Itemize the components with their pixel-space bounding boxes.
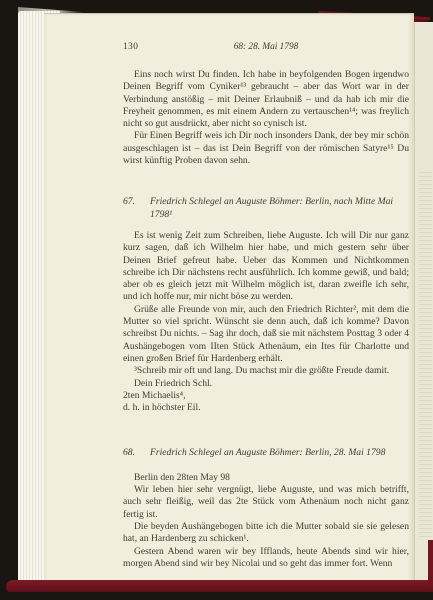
running-header: 68: 28. Mai 1798	[123, 41, 409, 53]
letter-67-paragraph-1: Es ist wenig Zeit zum Schreiben, liebe A…	[123, 230, 409, 304]
letter-68-dateline: Berlin den 28ten May 98	[123, 472, 409, 484]
letter-67-paragraph-3: ³Schreib mir oft und lang. Du machst mir…	[123, 365, 409, 377]
letter-68-heading: 68. Friedrich Schlegel an Auguste Böhmer…	[123, 447, 409, 459]
letter-67-title: Friedrich Schlegel an Auguste Böhmer: Be…	[150, 196, 409, 221]
book-cover-edge-bottom	[6, 580, 433, 592]
letter-67-signature: Dein Friedrich Schl.	[123, 378, 409, 390]
facing-page-edge	[414, 22, 433, 580]
intro-paragraph-2: Für Einen Begriff weis ich Dir noch inso…	[123, 130, 409, 167]
book-page: 130 68: 28. Mai 1798 Eins noch wirst Du …	[44, 13, 414, 585]
facing-page-text-bleed	[419, 172, 432, 540]
letter-68-title: Friedrich Schlegel an Auguste Böhmer: Be…	[150, 447, 385, 459]
letter-67-postscript-2: d. h. in höchster Eil.	[123, 402, 409, 414]
letter-67-paragraph-2: Grüße alle Freunde von mir, auch den Fri…	[123, 304, 409, 365]
letter-67-number: 67.	[123, 196, 150, 221]
letter-67-postscript-1: 2ten Michaelis⁴,	[123, 390, 409, 402]
letter-68-paragraph-1: Wir leben hier sehr vergnügt, liebe Augu…	[123, 484, 409, 521]
letter-68-number: 68.	[123, 447, 150, 459]
letter-68-paragraph-3: Gestern Abend waren wir bey Ifflands, he…	[123, 546, 409, 571]
book-cover-edge-right	[428, 540, 433, 586]
letter-68-paragraph-2: Die beyden Aushängebogen bitte ich die M…	[123, 521, 409, 546]
page-text-block: 130 68: 28. Mai 1798 Eins noch wirst Du …	[123, 41, 409, 570]
letter-67-heading: 67. Friedrich Schlegel an Auguste Böhmer…	[123, 196, 409, 221]
intro-paragraph-1: Eins noch wirst Du finden. Ich habe in b…	[123, 69, 409, 130]
running-header-row: 130 68: 28. Mai 1798	[123, 41, 409, 54]
